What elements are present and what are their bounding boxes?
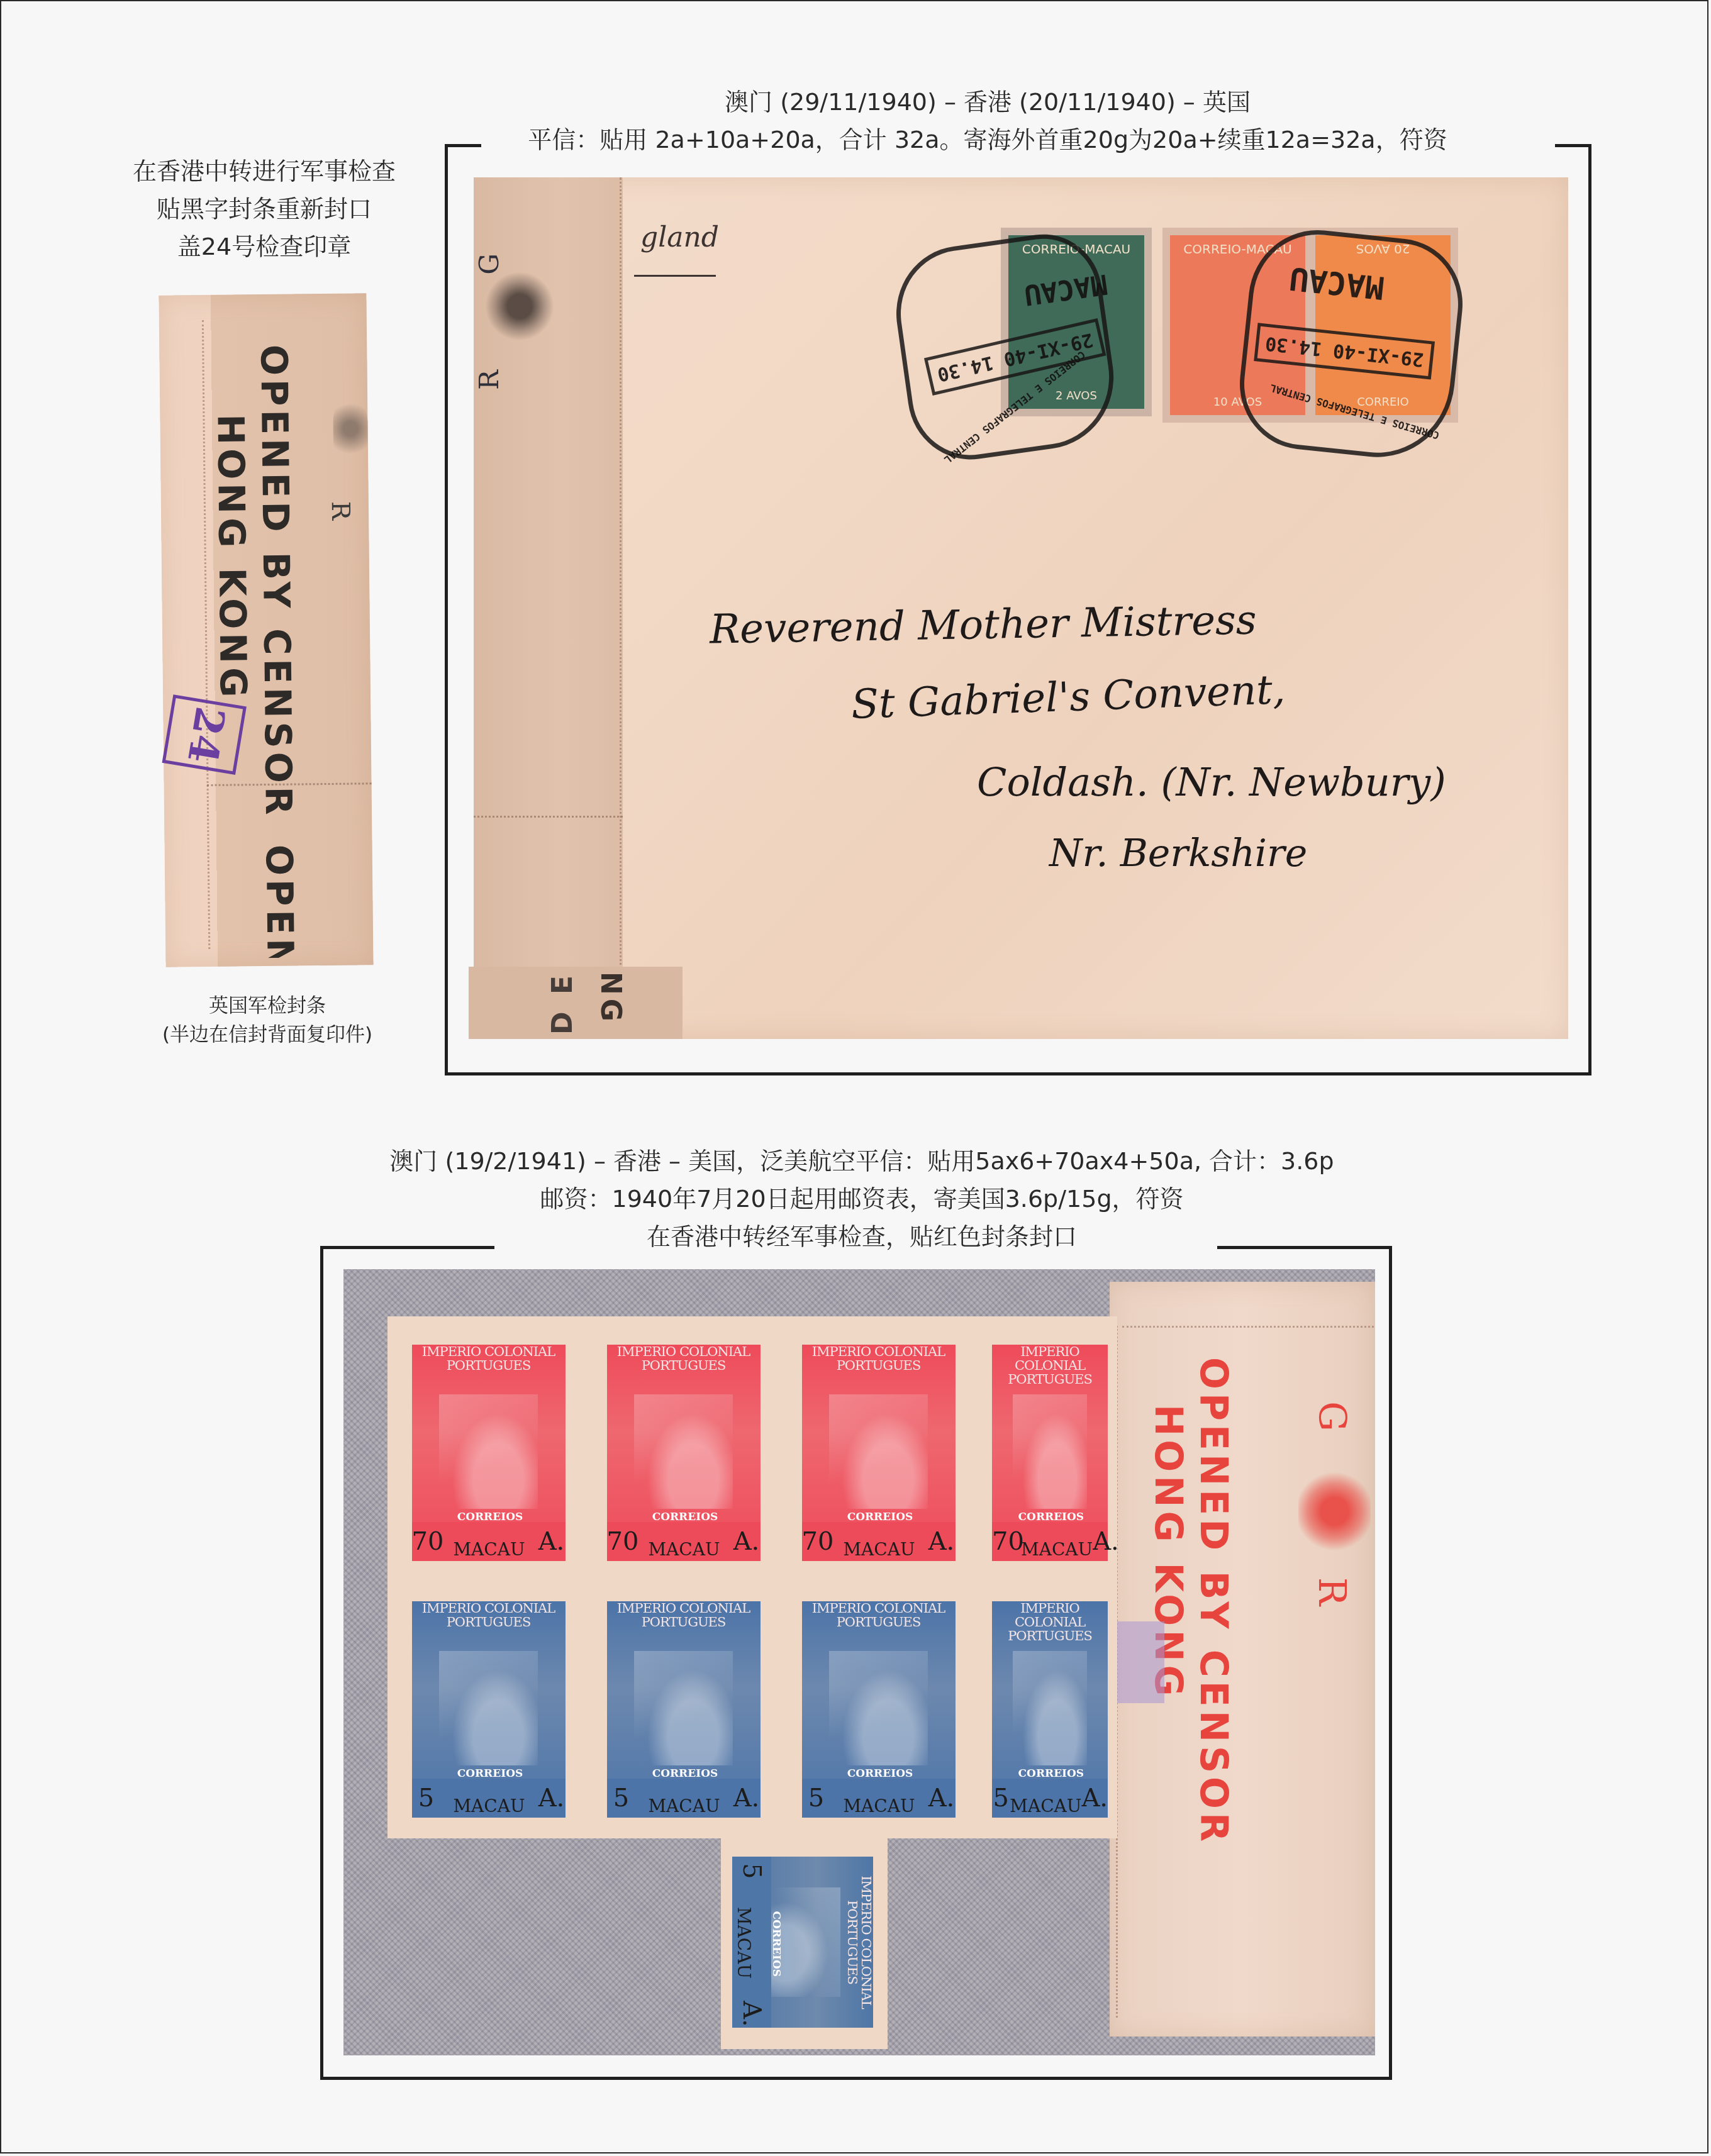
postmark-date: 29-XI-40 14.30 xyxy=(1254,323,1435,379)
frame2-right xyxy=(1389,1246,1392,2080)
stamp-face: IMPERIO COLONIAL PORTUGUESCORREIOS70MACA… xyxy=(992,1345,1108,1561)
stamp-header: IMPERIO COLONIAL PORTUGUES xyxy=(607,1601,761,1629)
examiner-24-stamp: 24 xyxy=(162,694,247,775)
stamp-airplane-globe-icon xyxy=(439,1651,537,1765)
red-strip-cipher-g: G xyxy=(1310,1401,1354,1435)
frame2-top-left xyxy=(320,1246,494,1249)
strip-caption: 英国军检封条 (半边在信封背面复印件) xyxy=(126,991,409,1049)
stamp-value-bar: 5MACAUA. xyxy=(732,1857,771,2028)
stamp-header: IMPERIO COLONIAL PORTUGUES xyxy=(992,1601,1108,1643)
cover1-caption: 澳门 (29/11/1940) – 香港 (20/11/1940) – 英国 平… xyxy=(478,83,1497,158)
side-note-line: 贴黑字封条重新封口 xyxy=(94,190,434,228)
stamp-unit: A. xyxy=(733,1779,761,1818)
stamp-value-bar: 70MACAUA. xyxy=(412,1522,566,1561)
strip-perforation xyxy=(620,177,621,970)
strip-text-hongkong: HONG KONG xyxy=(209,414,255,701)
stamp-country: MACAU xyxy=(831,1795,928,1818)
stamp-value-bar: 70MACAUA. xyxy=(992,1522,1108,1561)
red-strip-text-opened: OPENED BY CENSOR xyxy=(1191,1357,1235,1845)
frame1-right xyxy=(1588,144,1591,1075)
stamp-5a: IMPERIO COLONIAL PORTUGUESCORREIOS5MACAU… xyxy=(393,1584,584,1835)
cover2-title-rate: 邮资：1940年7月20日起用邮资表，寄美国3.6p/15g，符资 xyxy=(340,1180,1384,1218)
stamp-correios: CORREIOS xyxy=(1015,1767,1087,1780)
frame2-bottom xyxy=(320,2077,1392,2080)
stamp-header: IMPERIO COLONIAL PORTUGUES xyxy=(412,1345,566,1372)
stamp-header: IMPERIO COLONIAL PORTUGUES xyxy=(845,1857,873,2028)
stamp-country: MACAU xyxy=(1010,1795,1081,1818)
envelope-1: G R D E NG gland CORREIO-MACAU 2 AVOS CO… xyxy=(474,177,1568,1039)
address-line-3: Coldash. (Nr. Newbury) xyxy=(977,759,1446,805)
stamp-airplane-globe-icon xyxy=(634,1651,732,1765)
stamp-value-bar: 5MACAUA. xyxy=(412,1779,566,1818)
frame1-bottom xyxy=(445,1072,1591,1075)
side-note-line: 在香港中转进行军事检查 xyxy=(94,152,434,190)
stamp-70a: IMPERIO COLONIAL PORTUGUESCORREIOS70MACA… xyxy=(978,1327,1122,1579)
stamp-value: 5 xyxy=(412,1779,441,1818)
stamp-value-bar: 70MACAUA. xyxy=(802,1522,956,1561)
stamp-face: IMPERIO COLONIAL PORTUGUESCORREIOS5MACAU… xyxy=(732,1857,873,2028)
stamp-country: MACAU xyxy=(441,1538,538,1561)
stamp-value: 5 xyxy=(802,1779,831,1818)
postmark-macau-2: MACAU 29-XI-40 14.30 CORREIOS E TELEGRAF… xyxy=(1234,223,1469,465)
stamp-unit: A. xyxy=(1081,1779,1108,1818)
stamp-unit: A. xyxy=(733,1522,761,1561)
stamp-header: IMPERIO COLONIAL PORTUGUES xyxy=(802,1601,956,1629)
stamp-airplane-globe-icon xyxy=(1013,1651,1087,1765)
strip-cipher-g: G xyxy=(474,250,504,275)
censor-strip-image: OPENED BY CENSOR HONG KONG OPENED BY CEN… xyxy=(159,293,373,967)
strip-fragment-text: D E xyxy=(538,972,588,1035)
strip-fold-line xyxy=(1122,1326,1374,1328)
frame2-top-right xyxy=(1217,1246,1392,1249)
stamp-header: IMPERIO COLONIAL PORTUGUES xyxy=(607,1345,761,1372)
corner-note-handwriting: gland xyxy=(640,221,719,253)
frame2-left xyxy=(320,1246,323,2080)
envelope1-strip-fragment: D E NG xyxy=(469,967,683,1039)
stamp-face: IMPERIO COLONIAL PORTUGUESCORREIOS5MACAU… xyxy=(802,1601,956,1818)
address-line-2: St Gabriel's Convent, xyxy=(850,667,1286,728)
crown-emblem-icon xyxy=(1298,1470,1371,1552)
cover2-title-censor: 在香港中转经军事检查，贴红色封条封口 xyxy=(340,1218,1384,1255)
side-note-line: 盖24号检查印章 xyxy=(94,228,434,265)
stamp-unit: A. xyxy=(928,1522,956,1561)
stamp-5a: IMPERIO COLONIAL PORTUGUESCORREIOS5MACAU… xyxy=(978,1584,1122,1835)
frame1-top-left xyxy=(445,144,481,147)
stamp-airplane-globe-icon xyxy=(829,1651,927,1765)
stamp-correios: CORREIOS xyxy=(832,1511,927,1523)
stamp-value-bar: 70MACAUA. xyxy=(607,1522,761,1561)
address-line-4: Nr. Berkshire xyxy=(1049,831,1307,875)
stamp-country: MACAU xyxy=(441,1795,538,1818)
stamp-5a: IMPERIO COLONIAL PORTUGUESCORREIOS5MACAU… xyxy=(588,1584,779,1835)
stamp-header: IMPERIO COLONIAL PORTUGUES xyxy=(412,1601,566,1629)
envelope1-censor-strip: G R xyxy=(474,177,623,970)
strip-fold-line xyxy=(474,816,623,818)
strip-cipher-r: R xyxy=(474,366,504,390)
stamp-unit: A. xyxy=(538,1522,566,1561)
stamp-country: MACAU xyxy=(831,1538,928,1561)
strip-fragment-text: NG xyxy=(594,972,627,1025)
stamp-value: 70 xyxy=(412,1522,441,1561)
stamp-correios: CORREIOS xyxy=(832,1767,927,1780)
stamp-face: IMPERIO COLONIAL PORTUGUESCORREIOS70MACA… xyxy=(412,1345,566,1561)
stamp-country: MACAU xyxy=(732,1886,755,2000)
strip-caption-line: 英国军检封条 xyxy=(126,991,409,1020)
frame1-top-right xyxy=(1555,144,1591,147)
crown-emblem-icon xyxy=(485,272,554,341)
frame1-left xyxy=(445,144,448,1075)
strip-caption-line: (半边在信封背面复印件) xyxy=(126,1020,409,1049)
stamp-unit: A. xyxy=(538,1779,566,1818)
address-line-1: Reverend Mother Mistress xyxy=(709,597,1257,653)
strip-cipher-r: R xyxy=(326,501,355,525)
stamp-unit: A. xyxy=(928,1779,956,1818)
envelope-2: OPENED BY CENSOR HONG KONG G R IMPERIO C… xyxy=(343,1269,1375,2055)
stamp-face: IMPERIO COLONIAL PORTUGUESCORREIOS5MACAU… xyxy=(607,1601,761,1818)
stamp-value-bar: 5MACAUA. xyxy=(607,1779,761,1818)
stamp-country: MACAU xyxy=(636,1538,733,1561)
stamp-5a-single: IMPERIO COLONIAL PORTUGUESCORREIOS5MACAU… xyxy=(721,1835,884,2049)
stamp-airplane-globe-icon xyxy=(1013,1394,1087,1509)
stamp-5a: IMPERIO COLONIAL PORTUGUESCORREIOS5MACAU… xyxy=(783,1584,974,1835)
stamp-correios: CORREIOS xyxy=(442,1767,537,1780)
stamp-header: IMPERIO COLONIAL PORTUGUES xyxy=(802,1345,956,1372)
strip-text-opened-repeat: OPENED BY CENSOR xyxy=(258,844,302,958)
stamp-correios: CORREIOS xyxy=(637,1511,732,1523)
stamp-face: IMPERIO COLONIAL PORTUGUESCORREIOS70MACA… xyxy=(802,1345,956,1561)
red-strip-cipher-r: R xyxy=(1310,1577,1354,1609)
stamp-unit: A. xyxy=(1093,1522,1119,1561)
stamp-airplane-globe-icon xyxy=(634,1394,732,1509)
stamp-country: MACAU xyxy=(1021,1538,1093,1561)
stamp-correios: CORREIOS xyxy=(637,1767,732,1780)
postmark-macau-1: MACAU 29-XI-40 14.30 CORREIOS E TELEGRAF… xyxy=(888,227,1123,468)
stamp-70a: IMPERIO COLONIAL PORTUGUESCORREIOS70MACA… xyxy=(393,1327,584,1579)
stamp-correios: CORREIOS xyxy=(770,1891,783,1997)
side-note: 在香港中转进行军事检查 贴黑字封条重新封口 盖24号检查印章 xyxy=(94,152,434,265)
stamp-correios: CORREIOS xyxy=(1015,1511,1087,1523)
postmark-city: MACAU xyxy=(1022,268,1109,311)
stamp-5a: IMPERIO COLONIAL PORTUGUESCORREIOS5MACAU… xyxy=(721,1835,884,2049)
strip-text-opened: OPENED BY CENSOR xyxy=(252,344,300,818)
crown-emblem-icon xyxy=(333,397,368,460)
stamp-face: IMPERIO COLONIAL PORTUGUESCORREIOS5MACAU… xyxy=(992,1601,1108,1818)
cover2-title-route: 澳门 (19/2/1941) – 香港 – 美国，泛美航空平信：贴用5ax6+7… xyxy=(340,1142,1384,1180)
stamp-value: 5 xyxy=(607,1779,636,1818)
stamp-value-bar: 5MACAUA. xyxy=(992,1779,1108,1818)
stamp-value: 70 xyxy=(992,1522,1021,1561)
corner-note-underline xyxy=(634,275,716,277)
stamp-70a: IMPERIO COLONIAL PORTUGUESCORREIOS70MACA… xyxy=(783,1327,974,1579)
stamp-value: 70 xyxy=(607,1522,636,1561)
stamp-value: 5 xyxy=(732,1857,771,1886)
stamp-value: 5 xyxy=(992,1779,1010,1818)
stamp-70a: IMPERIO COLONIAL PORTUGUESCORREIOS70MACA… xyxy=(588,1327,779,1579)
stamp-country: MACAU xyxy=(636,1795,733,1818)
stamp-unit: A. xyxy=(732,2000,771,2028)
stamp-airplane-globe-icon xyxy=(439,1394,537,1509)
postmark-city: MACAU xyxy=(1288,260,1386,306)
stamp-header: IMPERIO COLONIAL PORTUGUES xyxy=(992,1345,1108,1386)
stamp-airplane-globe-icon xyxy=(829,1394,927,1509)
stamp-value: 70 xyxy=(802,1522,831,1561)
stamp-face: IMPERIO COLONIAL PORTUGUESCORREIOS70MACA… xyxy=(607,1345,761,1561)
cover2-caption: 澳门 (19/2/1941) – 香港 – 美国，泛美航空平信：贴用5ax6+7… xyxy=(340,1142,1384,1255)
stamp-value-bar: 5MACAUA. xyxy=(802,1779,956,1818)
stamp-correios: CORREIOS xyxy=(442,1511,537,1523)
cover1-title-postage: 平信：贴用 2a+10a+20a，合计 32a。寄海外首重20g为20a+续重1… xyxy=(478,121,1497,158)
cover1-title-route: 澳门 (29/11/1940) – 香港 (20/11/1940) – 英国 xyxy=(478,83,1497,121)
stamp-face: IMPERIO COLONIAL PORTUGUESCORREIOS5MACAU… xyxy=(412,1601,566,1818)
postmark-rim: CORREIOS E TELEGRAFOS CENTRAL xyxy=(1269,382,1441,442)
